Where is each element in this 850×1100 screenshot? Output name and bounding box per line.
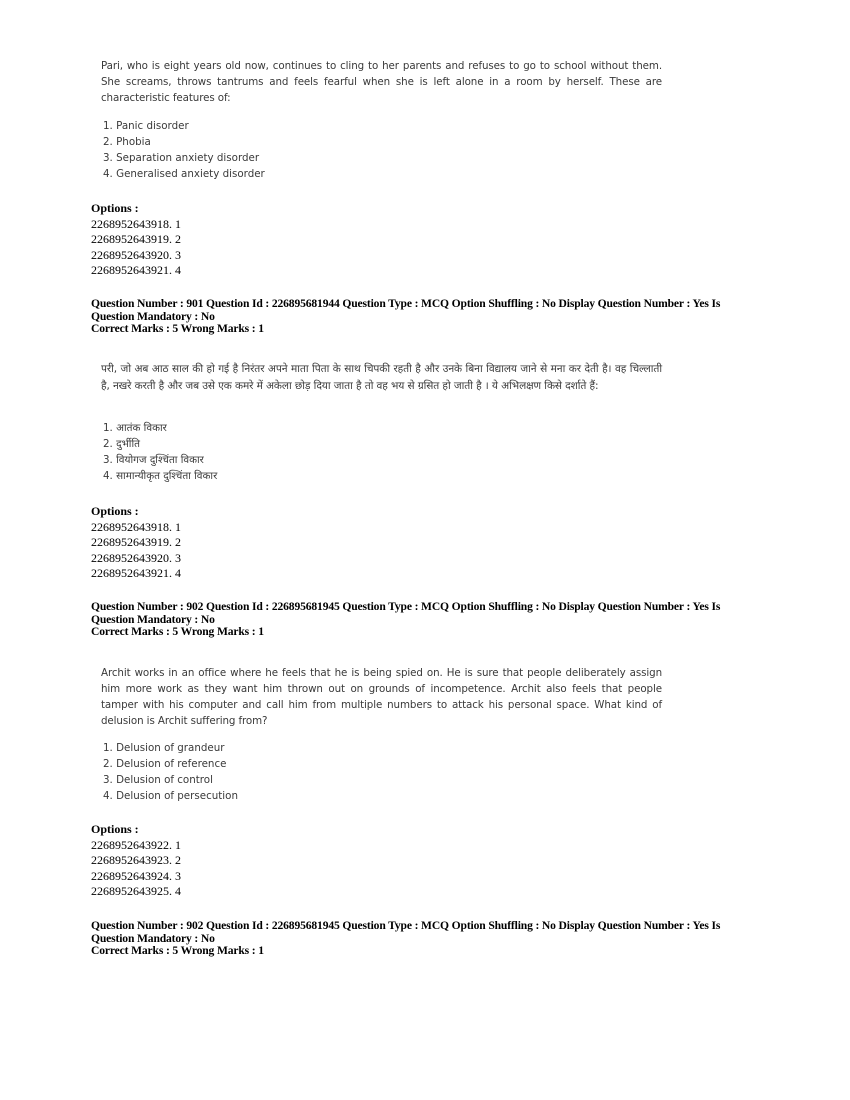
option-id: 2268952643921. 4: [91, 263, 181, 279]
option-id: 2268952643920. 3: [91, 551, 181, 567]
options-block: Options : 2268952643918. 1 2268952643919…: [91, 201, 181, 279]
document-page: Pari, who is eight years old now, contin…: [0, 0, 850, 1100]
choice-item: 1. Delusion of grandeur: [103, 740, 238, 756]
options-label: Options :: [91, 504, 181, 520]
question-meta: Question Number : 902 Question Id : 2268…: [91, 920, 741, 958]
choice-item: 4. Generalised anxiety disorder: [103, 166, 265, 182]
choice-item: 4. Delusion of persecution: [103, 788, 238, 804]
choice-item: 4. सामान्यीकृत दुश्चिंता विकार: [103, 468, 217, 484]
choice-item: 3. Delusion of control: [103, 772, 238, 788]
options-label: Options :: [91, 822, 181, 838]
question-text: Pari, who is eight years old now, contin…: [101, 58, 662, 106]
marks-line: Correct Marks : 5 Wrong Marks : 1: [91, 626, 741, 639]
choice-item: 3. Separation anxiety disorder: [103, 150, 265, 166]
marks-line: Correct Marks : 5 Wrong Marks : 1: [91, 323, 741, 336]
options-block: Options : 2268952643918. 1 2268952643919…: [91, 504, 181, 582]
options-label: Options :: [91, 201, 181, 217]
question-meta-line: Question Number : 902 Question Id : 2268…: [91, 601, 741, 626]
choice-list-hindi: 1. आतंक विकार 2. दुर्भीति 3. वियोगज दुश्…: [103, 420, 217, 484]
marks-line: Correct Marks : 5 Wrong Marks : 1: [91, 945, 741, 958]
question-text-hindi: परी, जो अब आठ साल की हो गई है निरंतर अपन…: [101, 361, 662, 394]
option-id: 2268952643918. 1: [91, 217, 181, 233]
option-id: 2268952643919. 2: [91, 535, 181, 551]
choice-list: 1. Delusion of grandeur 2. Delusion of r…: [103, 740, 238, 804]
question-meta-line: Question Number : 901 Question Id : 2268…: [91, 298, 741, 323]
choice-item: 1. आतंक विकार: [103, 420, 217, 436]
option-id: 2268952643918. 1: [91, 520, 181, 536]
options-block: Options : 2268952643922. 1 2268952643923…: [91, 822, 181, 900]
choice-item: 3. वियोगज दुश्चिंता विकार: [103, 452, 217, 468]
option-id: 2268952643920. 3: [91, 248, 181, 264]
option-id: 2268952643919. 2: [91, 232, 181, 248]
choice-item: 2. दुर्भीति: [103, 436, 217, 452]
option-id: 2268952643922. 1: [91, 838, 181, 854]
question-meta: Question Number : 901 Question Id : 2268…: [91, 298, 741, 336]
question-meta-line: Question Number : 902 Question Id : 2268…: [91, 920, 741, 945]
choice-item: 1. Panic disorder: [103, 118, 265, 134]
choice-list: 1. Panic disorder 2. Phobia 3. Separatio…: [103, 118, 265, 182]
option-id: 2268952643923. 2: [91, 853, 181, 869]
choice-item: 2. Delusion of reference: [103, 756, 238, 772]
question-meta: Question Number : 902 Question Id : 2268…: [91, 601, 741, 639]
option-id: 2268952643921. 4: [91, 566, 181, 582]
choice-item: 2. Phobia: [103, 134, 265, 150]
option-id: 2268952643924. 3: [91, 869, 181, 885]
question-text: Archit works in an office where he feels…: [101, 665, 662, 729]
option-id: 2268952643925. 4: [91, 884, 181, 900]
